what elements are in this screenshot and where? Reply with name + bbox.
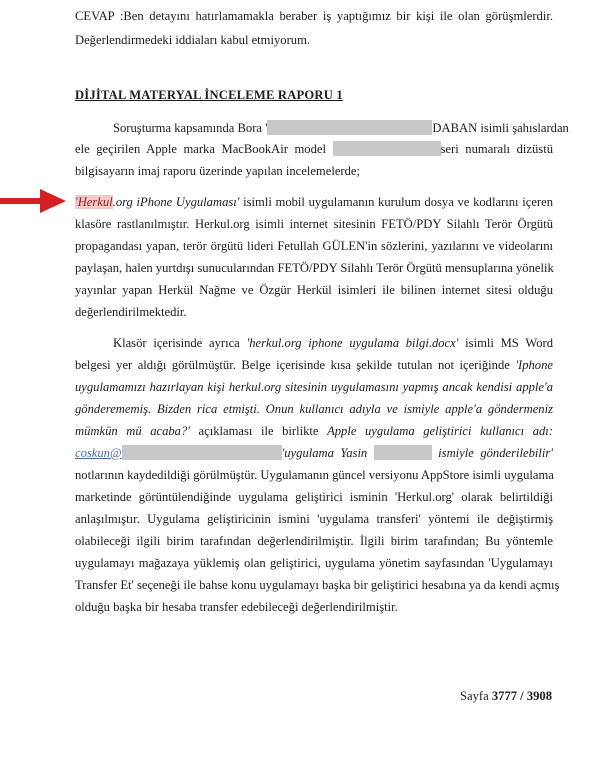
answer-line-1: CEVAP :Ben detayını hatırlamamakla berab… [75,8,553,24]
para3-line-12: Transfer Et' seçeneği ile bahse konu uyg… [75,577,553,593]
red-arrow-icon [0,187,68,215]
text: açıklaması ile birlikte [190,424,327,438]
text: Apple uygulama geliştirici kullanıcı adı… [327,424,553,438]
text: Klasör içerisinde ayrıca [113,336,247,350]
redaction-box [333,141,441,156]
text: belgesi yer aldığı görülmüştür. Belge iç… [75,358,515,372]
text: 'uygulama Yasin [282,446,368,460]
para3-line-7: notlarının kaydedildiği görülmüştür. Uyg… [75,467,553,483]
redaction-box [267,120,432,135]
para3-line-5: mümkün mü acaba?' açıklaması ile birlikt… [75,423,553,439]
para2-line-5: yayınlar yapan Herkül Nağme ve Özgür Her… [75,282,553,298]
para2-line-4: paylaşan, halen yurtdışı sunucularından … [75,260,553,276]
redaction-box [374,445,432,460]
para2-line-1: 'Herkul.org iPhone Uygulaması' isimli mo… [75,194,553,210]
para3-line-6: coskun@'uygulama Yasin ismiyle gönderile… [75,445,553,461]
text: mümkün mü acaba?' [75,424,190,438]
para1-line-3: bilgisayarın imaj raporu üzerinde yapıla… [75,163,553,179]
answer-line-2: Değerlendirmedeki iddiaları kabul etmiyo… [75,32,553,48]
text: ismiyle gönderilebilir' [438,446,553,460]
para3-line-3: uygulamamızı hazırlayan kişi herkul.org … [75,379,553,395]
text: isimli mobil uygulamanın kurulum dosya v… [239,195,553,209]
text: seri numaralı dizüstü [441,142,553,156]
para3-line-9: anlaşılmıştır. Uygulama geliştiricinin i… [75,511,553,527]
text: gönderememiş. Bizden rica etmişti. Onun … [75,402,553,416]
para3-line-13: olduğu başka bir hesaba transfer edebile… [75,599,553,615]
para1-line-2: ele geçirilen Apple marka MacBookAir mod… [75,141,553,157]
para2-line-6: değerlendirilmektedir. [75,304,553,320]
page-label: Sayfa [460,689,489,703]
para3-line-8: marketinde görüntülendiğinde uygulama ge… [75,489,553,505]
redaction-box [122,445,282,460]
page-separator: / [517,689,527,703]
para2-line-2: klasöre rastlanılmıştır. Herkul.org isim… [75,216,553,232]
text: DABAN isimli şahıslardan [432,121,568,135]
text: uygulamamızı hazırlayan kişi herkul.org … [75,380,553,394]
total-pages: 3908 [527,689,552,703]
current-page: 3777 [492,689,517,703]
para2-line-3: propagandası yapan, terör örgütü lideri … [75,238,553,254]
email-link[interactable]: coskun@ [75,446,122,460]
text: Soruşturma kapsamında Bora ' [113,121,267,135]
text: ele geçirilen Apple marka MacBookAir mod… [75,142,326,156]
document-page: CEVAP :Ben detayını hatırlamamakla berab… [0,0,609,757]
text: isimli MS Word [458,336,553,350]
page-number: Sayfa 3777 / 3908 [460,689,552,704]
section-heading: DİJİTAL MATERYAL İNCELEME RAPORU 1 [75,88,343,103]
text: 'herkul.org iphone uygulama bilgi.docx' [247,336,459,350]
highlighted-text: 'Herkul [75,195,113,209]
text: 'Iphone [515,358,553,372]
para3-line-4: gönderememiş. Bizden rica etmişti. Onun … [75,401,553,417]
text: .org iPhone Uygulaması' [113,195,240,209]
para1-line-1: Soruşturma kapsamında Bora 'DABAN isimli… [113,120,553,136]
para3-line-11: uygulamayı mağazaya yüklemiş olan gelişt… [75,555,553,571]
para3-line-1: Klasör içerisinde ayrıca 'herkul.org iph… [113,335,553,351]
para3-line-2: belgesi yer aldığı görülmüştür. Belge iç… [75,357,553,373]
para3-line-10: olabileceği ilgili birim tarafından değe… [75,533,553,549]
